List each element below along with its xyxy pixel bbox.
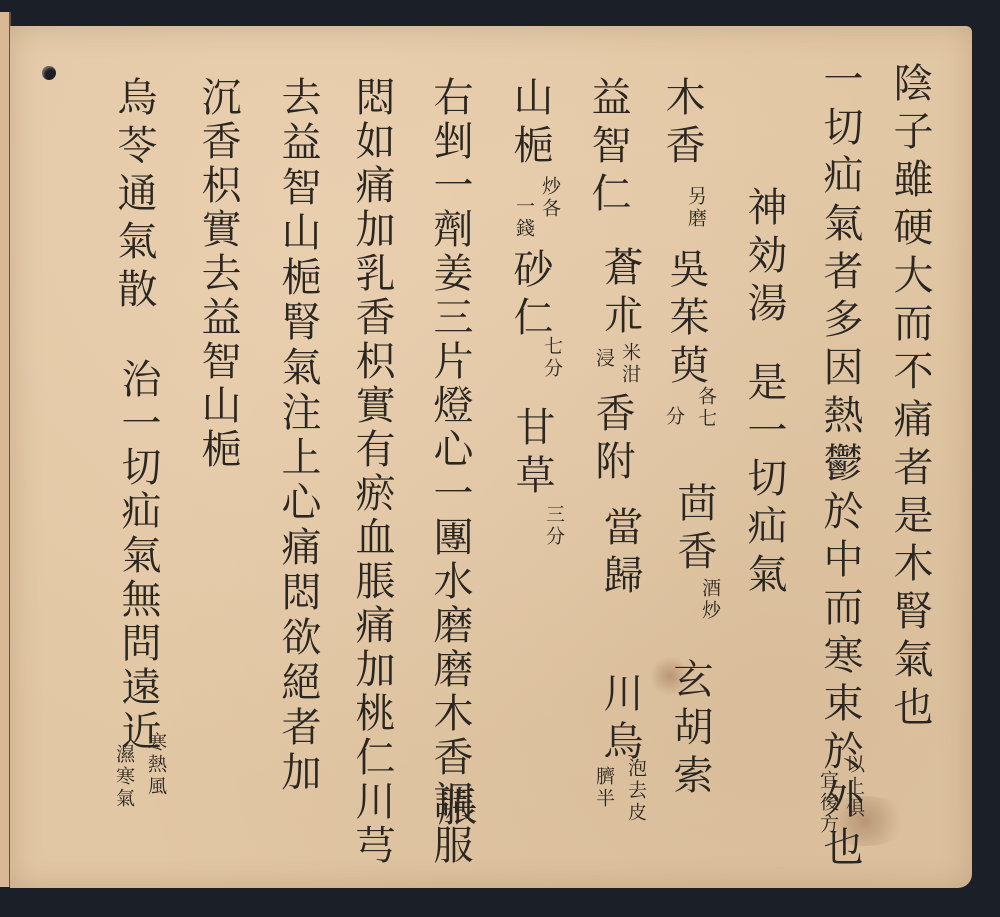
text-column-8: 悶如痛加乳香枳實有瘀血脹痛加桃仁川芎 [352,76,392,868]
herb-sharen: 砂仁 [510,248,550,344]
text-column-7: 右剉一劑姜三片燈心一團水磨磨木香調服 [430,76,470,868]
herb-gancao: 甘草 [512,406,552,502]
formula-title-wuling-tongqi-san: 烏苓通氣散 [114,76,154,316]
herb-shanzhi-note-b: 一錢 [514,196,533,240]
herb-muxiang: 木香 [662,76,702,172]
herb-huixiang-note: 酒炒 [700,578,719,622]
text-column-11: 治一切疝氣無問遠近 [118,358,158,754]
column-2-annotation-a: 以上俱 [844,754,863,820]
text-column-1: 陰子雖硬大而不痛者是木腎氣也 [890,62,930,734]
herb-xiangfu: 香附 [592,392,632,488]
column-11-annotation-a: 寒熱風 [146,732,165,798]
manuscript-page: 陰子雖硬大而不痛者是木腎氣也 一切疝氣者多因熱鬱於中而寒束於外也 以上俱 宜後方… [10,26,972,888]
herb-yizhiren: 益智仁 [588,76,628,220]
text-column-9: 去益智山梔腎氣注上心痛悶欲絕者加 [278,76,318,796]
formula-title-shenxiao-tang: 神効湯 [744,186,784,330]
herb-muxiang-note: 另磨 [686,186,705,230]
text-column-3: 是一切疝氣 [744,361,784,601]
herb-xuanhusuo: 玄胡索 [670,658,710,802]
herb-chuanwu-note-b: 臍半 [594,766,613,810]
herb-cangzhu-note-b: 浸 [594,348,613,370]
herb-chuanwu: 川烏 [600,672,640,768]
column-11-annotation-b: 濕寒氣 [114,744,133,810]
herb-wuzhuyu-note-b: 分 [664,406,683,428]
text-column-2: 一切疝氣者多因熱鬱於中而寒束於外也 [820,58,860,874]
text-column-10: 沉香枳實去益智山梔 [198,76,238,472]
herb-shanzhi-note-a: 炒各 [540,176,559,220]
herb-huixiang: 茴香 [674,482,714,578]
herb-wuzhuyu-note-a: 各七 [696,386,715,430]
binding-hole [42,66,56,80]
herb-cangzhu-note-a: 米泔 [620,342,639,386]
herb-sharen-note: 七分 [542,336,561,380]
herb-chuanwu-note-a: 泡去皮 [626,758,645,824]
column-2-main: 一切疝氣者多因熱鬱於中而寒束於外也 [817,58,863,874]
herb-wuzhuyu: 吳茱萸 [666,248,706,392]
text-column-7-tail: 脹 [434,786,474,834]
herb-shanzhi: 山梔 [510,76,550,172]
herb-danggui: 當歸 [600,506,640,602]
herb-gancao-note: 三分 [544,504,563,548]
column-2-annotation-b: 宜後方 [818,770,837,836]
herb-cangzhu: 蒼朮 [600,246,640,342]
